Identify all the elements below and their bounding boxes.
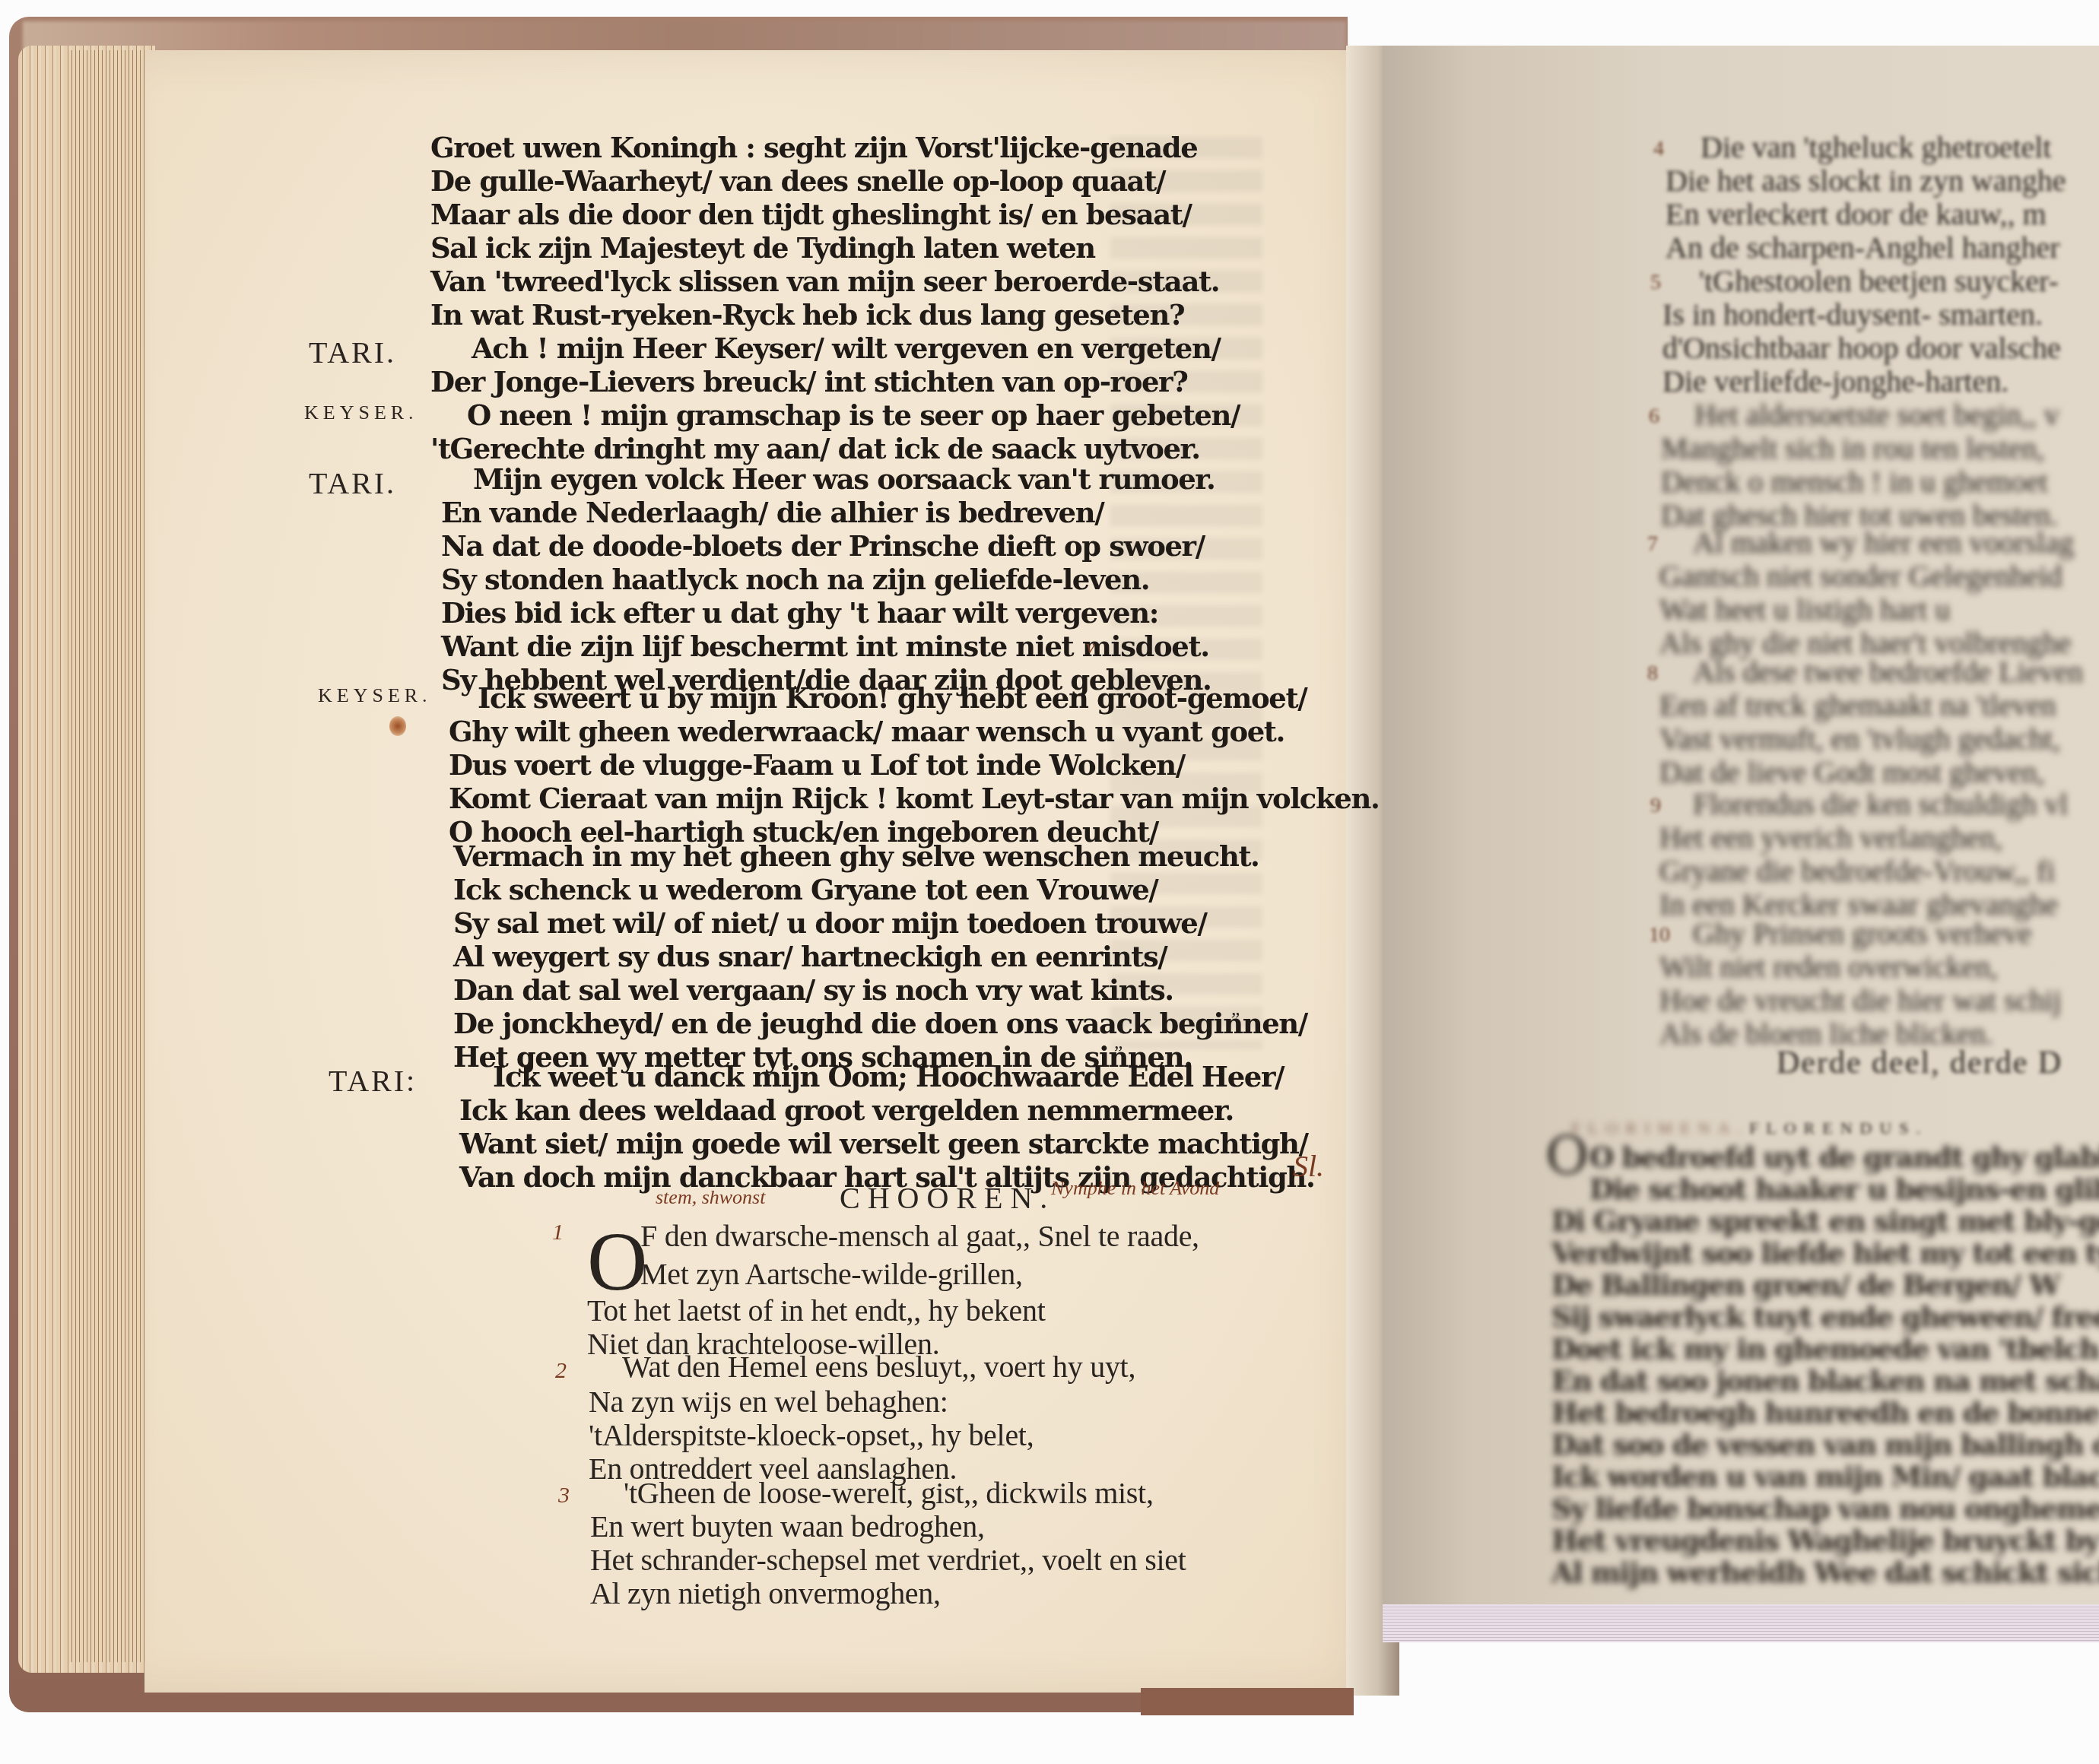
verse-line: Gantsch niet sonder Gelegenheid — [1659, 560, 2062, 593]
verse-line: Gryane die bedroefde-Vrouw,, fi — [1659, 855, 2055, 888]
text-line: In wat Rust-ryeken-Ryck heb ick dus lang… — [430, 298, 1184, 332]
right-page-bottom-edges — [1383, 1604, 2099, 1642]
speaker-label: TARI. — [309, 335, 396, 370]
text-line: Sal ick zijn Majesteyt de Tydingh laten … — [430, 231, 1095, 265]
verse-line: F den dwarsche-mensch al gaat,, Snel te … — [640, 1220, 1199, 1253]
verse-line: Een af treck ghemaakt na 'tleven — [1659, 689, 2056, 722]
verse-line: Het aldersoetste soet begin,, v — [1694, 398, 2059, 432]
book-spread-photo: Groet uwen Koningh : seght zijn Vorst'li… — [0, 0, 2099, 1764]
drop-cap: O — [1545, 1139, 1588, 1172]
handwritten-annotation: Nymphe in het Avond — [1051, 1177, 1219, 1200]
blackletter-line: Doet ick my in ghemoede van 'tbelch ga V — [1551, 1332, 2099, 1366]
text-line: 'tGerechte dringht my aan/ dat ick de sa… — [430, 432, 1200, 465]
text-line: En vande Nederlaagh/ die alhier is bedre… — [441, 496, 1103, 529]
blackletter-line: O bedroefd uyt de grandt ghy glabbe-M — [1589, 1141, 2099, 1174]
verse-line: Tot het laetst of in het endt,, hy beken… — [587, 1294, 1046, 1328]
verse-line: Vast vermuft, en 'tvlugh gedacht, — [1659, 722, 2060, 756]
text-line: Dan dat sal wel vergaan/ sy is noch vry … — [453, 973, 1173, 1007]
speaker-label: KEYSER. — [304, 401, 418, 424]
text-line: Na dat de doode-bloets der Prinsche dief… — [441, 529, 1205, 563]
verse-line: Ghy Prinsen groots verheve — [1693, 917, 2031, 950]
text-line: Ick sweert u by mijn Kroon! ghy hebt een… — [478, 681, 1307, 715]
text-line: Sy stonden haatlyck noch na zijn geliefd… — [441, 563, 1149, 596]
text-line: Sy sal met wil/ of niet/ u door mijn toe… — [453, 906, 1207, 940]
blackletter-line: Sy liefde bonschap van nou onghemeen — [1551, 1492, 2099, 1525]
text-line: Ghy wilt gheen wederwraack/ maar wensch … — [449, 715, 1284, 748]
handwritten-margin-note: Sl. — [1293, 1148, 1324, 1184]
stanza-number: 2 — [555, 1358, 567, 1384]
blackletter-line: Verdwijnt soo liefde hiet my tot een tyt… — [1551, 1236, 2099, 1270]
speaker-label: TARI. — [309, 465, 396, 501]
verse-line: Wat heet u listigh hart u — [1659, 593, 1950, 627]
verse-line: 'tGhestoolen beetjen suycker- — [1699, 265, 2059, 298]
verse-line: Denck o mensch ! in u ghemoet — [1661, 465, 2048, 499]
stanza-number: 5 — [1650, 271, 1661, 295]
verse-line: Die verliefde-jonghe-harten. — [1662, 365, 2008, 398]
stanza-number: 6 — [1649, 405, 1659, 429]
text-line: Dus voert de vlugge-Faam u Lof tot inde … — [449, 748, 1185, 782]
verse-line: Die het aas slockt in zyn wanghe — [1666, 164, 2066, 198]
text-line: Dies bid ick efter u dat ghy 't haar wil… — [441, 596, 1158, 630]
book-cover-bottom — [1141, 1688, 1354, 1715]
verse-line: An de scharpen-Anghel hangher — [1666, 231, 2060, 265]
drop-cap: O — [587, 1227, 647, 1296]
verse-line: Al zyn nietigh onvermoghen, — [590, 1577, 941, 1610]
text-line: Van 'twreed'lyck slissen van mijn seer b… — [430, 265, 1219, 298]
blackletter-line: Het vreugdenis Waghelije bruyckt by syn — [1551, 1524, 2099, 1557]
text-line: Ach ! mijn Heer Keyser/ wilt vergeven en… — [472, 332, 1221, 365]
verse-line: Als dese twee bedroefde Lieven — [1693, 655, 2083, 689]
text-line: Al weygert sy dus snar/ hartneckigh en e… — [453, 940, 1167, 973]
verse-line: En wert buyten waan bedroghen, — [590, 1510, 985, 1543]
margin-mark: v — [1086, 636, 1095, 658]
page-stack-inner — [68, 50, 152, 1662]
blackletter-line: Ick worden u van mijn Min/ gaat blac — [1551, 1460, 2099, 1493]
section-title: Derde deel, derde D — [1777, 1046, 2062, 1080]
verse-line: Wat den Hemel eens besluyt,, voert hy uy… — [622, 1350, 1135, 1384]
verse-line: Met zyn Aartsche-wilde-grillen, — [640, 1258, 1023, 1291]
text-line: Want siet/ mijn goede wil verselt geen s… — [459, 1127, 1308, 1160]
verse-line: d'Onsichtbaar hoop door valsche — [1662, 332, 2061, 365]
verse-line: 'tAlderspitste-kloeck-opset,, hy belet, — [589, 1419, 1034, 1452]
text-line: O neen ! mijn gramschap is te seer op ha… — [467, 398, 1240, 432]
stanza-number: 4 — [1653, 137, 1664, 161]
chorus-heading: CHOOREN. — [840, 1180, 1055, 1216]
stanza-number: 1 — [552, 1220, 564, 1245]
verse-line: En verleckert door de kauw,, m — [1666, 198, 2047, 231]
text-line: Komt Cieraat van mijn Rijck ! komt Leyt-… — [449, 782, 1379, 815]
verse-line: Na zyn wijs en wel behaghen: — [589, 1385, 948, 1419]
text-line: Ick weet u danck mijn Oom; Hoochwaarde E… — [493, 1060, 1284, 1093]
blackletter-line: En dat soo jonen blacken na met schatere… — [1551, 1364, 2099, 1398]
book-top-edge — [23, 21, 1346, 52]
foxing-stain — [389, 716, 406, 736]
stanza-number: 7 — [1647, 532, 1658, 557]
stanza-number: 3 — [558, 1483, 570, 1509]
speaker-label: KEYSER. — [318, 684, 432, 707]
text-line: Mijn eygen volck Heer was oorsaack van't… — [473, 462, 1215, 496]
blackletter-line: Sij swaerlyck tuyt ende gheween/ free bu… — [1551, 1300, 2099, 1334]
blackletter-line: Het bedroegh hunreedh en de bonne lichte — [1551, 1396, 2099, 1429]
verse-line: 'tGheen de loose-werelt, gist,, dickwils… — [624, 1477, 1154, 1510]
blackletter-line: Dat soo de vessen van mijn ballingh droe… — [1551, 1428, 2099, 1461]
stanza-number: 9 — [1650, 794, 1661, 818]
blackletter-line: Al mijn werheidh Wee dat schickt sich by — [1551, 1556, 2099, 1589]
blackletter-line: De Ballingen groen/ de Bergen/ W — [1551, 1268, 2059, 1302]
text-line: De jonckheyd/ en de jeughd die doen ons … — [453, 1007, 1307, 1040]
text-line: Vermach in my het gheen ghy selve wensch… — [453, 839, 1259, 873]
verse-line: Is in hondert-duysent- smarten. — [1662, 298, 2043, 332]
text-line: Ick kan dees weldaad groot vergelden nem… — [459, 1093, 1234, 1127]
stanza-number: 10 — [1649, 923, 1670, 947]
text-line: De gulle-Waarheyt/ van dees snelle op-lo… — [430, 164, 1165, 198]
text-line: Groet uwen Koningh : seght zijn Vorst'li… — [430, 131, 1197, 164]
verse-line: Die van 'tgheluck ghetroetelt — [1700, 131, 2051, 164]
verse-line: Hoe de vreucht die hier wat schij — [1659, 984, 2062, 1017]
verse-line: Florendus die ken schuldigh vl — [1693, 788, 2068, 821]
stanza-number: 8 — [1647, 661, 1658, 686]
margin-quote-mark: ” — [1229, 1008, 1240, 1031]
speaker-label: TARI: — [329, 1063, 417, 1099]
blackletter-line: Die schoot haaker u besijns-en glib'ri — [1589, 1172, 2099, 1206]
text-line: Ick schenck u wederom Gryane tot een Vro… — [453, 873, 1157, 906]
text-line: Der Jonge-Lievers breuck/ int stichten v… — [430, 365, 1187, 398]
verse-line: Dat de lieve Godt most gheven, — [1659, 756, 2045, 789]
verse-line: Manghelt sich in rou ten lesten, — [1661, 432, 2044, 465]
verse-line: Het een yverich verlanghen, — [1659, 821, 2002, 855]
verse-line: Al maken wy hier een voorslag — [1693, 526, 2074, 560]
handwritten-annotation: stem, shwonst — [656, 1186, 765, 1209]
blackletter-line: Di Gryane spreekt en singt met bly-geest — [1551, 1204, 2099, 1238]
verse-line: Het schrander-schepsel met verdriet,, vo… — [590, 1543, 1186, 1577]
verse-line: Wilt niet reden overwicken, — [1659, 950, 1998, 984]
text-line: Maar als die door den tijdt gheslinght i… — [430, 198, 1192, 231]
